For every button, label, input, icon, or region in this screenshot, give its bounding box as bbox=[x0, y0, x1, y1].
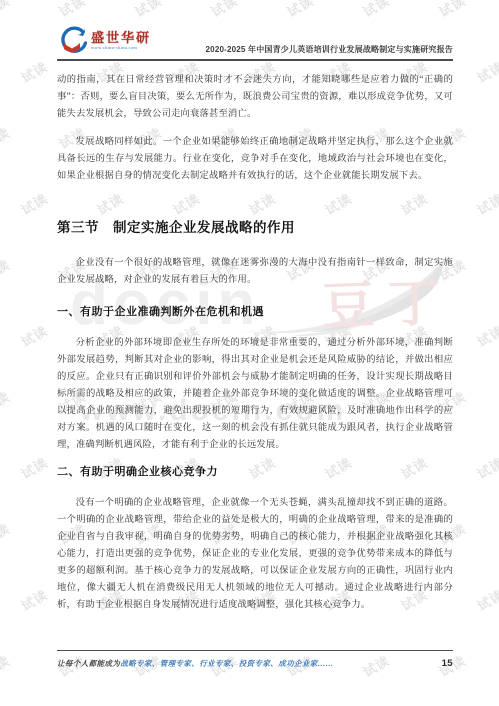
trial-read-watermark: 试读 bbox=[17, 320, 51, 350]
trial-read-watermark: 试读 bbox=[55, 0, 89, 21]
trial-read-watermark: 试读 bbox=[17, 584, 51, 614]
trial-read-watermark: 试读 bbox=[0, 386, 13, 416]
logo-website-text: www.china-china.com bbox=[91, 46, 151, 51]
document-body: 动的指南，其在日常经营管理和决策时才不会迷失方向，才能知晓哪些是应着力做的“正确… bbox=[57, 72, 453, 614]
trial-read-watermark: 试读 bbox=[17, 452, 51, 482]
paragraph-development-strategy: 发展战略同样如此。一个企业如果能够始终正确地制定战略并坚定执行，那么这个企业就具… bbox=[57, 134, 453, 185]
trial-read-watermark: 试读 bbox=[0, 0, 13, 21]
trial-read-watermark: 试读 bbox=[473, 188, 499, 218]
footer-slogan-prefix: 让每个人都能成为 bbox=[57, 658, 120, 669]
logo-company-name: 盛世华研 bbox=[91, 31, 151, 44]
trial-read-watermark: 试读 bbox=[0, 122, 13, 152]
logo-swoosh-book-icon bbox=[57, 26, 87, 56]
trial-read-watermark: 试读 bbox=[435, 0, 469, 21]
footer-slogan-emphasis: 战略专家、管理专家、行业专家、投资专家、成功企业家…… bbox=[120, 658, 333, 669]
trial-read-watermark: 试读 bbox=[207, 0, 241, 21]
subsection-2-paragraph: 没有一个明确的企业战略管理，企业就像一个无头苍蝇，满头乱撞却找不到正确的道路。一… bbox=[57, 495, 453, 614]
trial-read-watermark: 试读 bbox=[17, 56, 51, 86]
trial-read-watermark: 试读 bbox=[473, 56, 499, 86]
trial-read-watermark: 试读 bbox=[0, 518, 13, 548]
page-number: 15 bbox=[442, 658, 453, 669]
page-footer: 让每个人都能成为 战略专家、管理专家、行业专家、投资专家、成功企业家…… 15 bbox=[57, 650, 453, 669]
subsection-2-heading: 二、有助于明确企业核心竞争力 bbox=[57, 464, 453, 480]
subsection-1-heading: 一、有助于企业准确判断外在危机和机遇 bbox=[57, 304, 453, 320]
section-heading: 第三节 制定实施企业发展战略的作用 bbox=[57, 218, 453, 237]
trial-read-watermark: 试读 bbox=[283, 0, 317, 21]
company-logo: 盛世华研 www.china-china.com bbox=[57, 26, 151, 56]
trial-read-watermark: 试读 bbox=[0, 254, 13, 284]
paragraph-continuation: 动的指南，其在日常经营管理和决策时才不会迷失方向，才能知晓哪些是应着力做的“正确… bbox=[57, 72, 453, 123]
trial-read-watermark: 试读 bbox=[0, 650, 13, 680]
trial-read-watermark: 试读 bbox=[131, 0, 165, 21]
trial-read-watermark: 试读 bbox=[359, 0, 393, 21]
trial-read-watermark: 试读 bbox=[473, 452, 499, 482]
report-page: 试读试读试读试读试读试读试读试读试读试读试读试读试读试读试读试读试读试读试读试读… bbox=[0, 0, 499, 706]
page-header: 盛世华研 www.china-china.com 2020-2025 年中国青少… bbox=[57, 26, 453, 61]
section-intro-paragraph: 企业没有一个很好的战略管理，就像在迷雾弥漫的大海中没有指南针一样致命，制定实施企… bbox=[57, 255, 453, 289]
trial-read-watermark: 试读 bbox=[17, 188, 51, 218]
report-title: 2020-2025 年中国青少儿英语培训行业发展战略制定与实施研究报告 bbox=[206, 44, 453, 56]
trial-read-watermark: 试读 bbox=[473, 320, 499, 350]
logo-text-block: 盛世华研 www.china-china.com bbox=[91, 31, 151, 51]
subsection-1-paragraph: 分析企业的外部环境即企业生存所处的环境是非常重要的，通过分析外部环境，准确判断外… bbox=[57, 335, 453, 454]
trial-read-watermark: 试读 bbox=[473, 584, 499, 614]
